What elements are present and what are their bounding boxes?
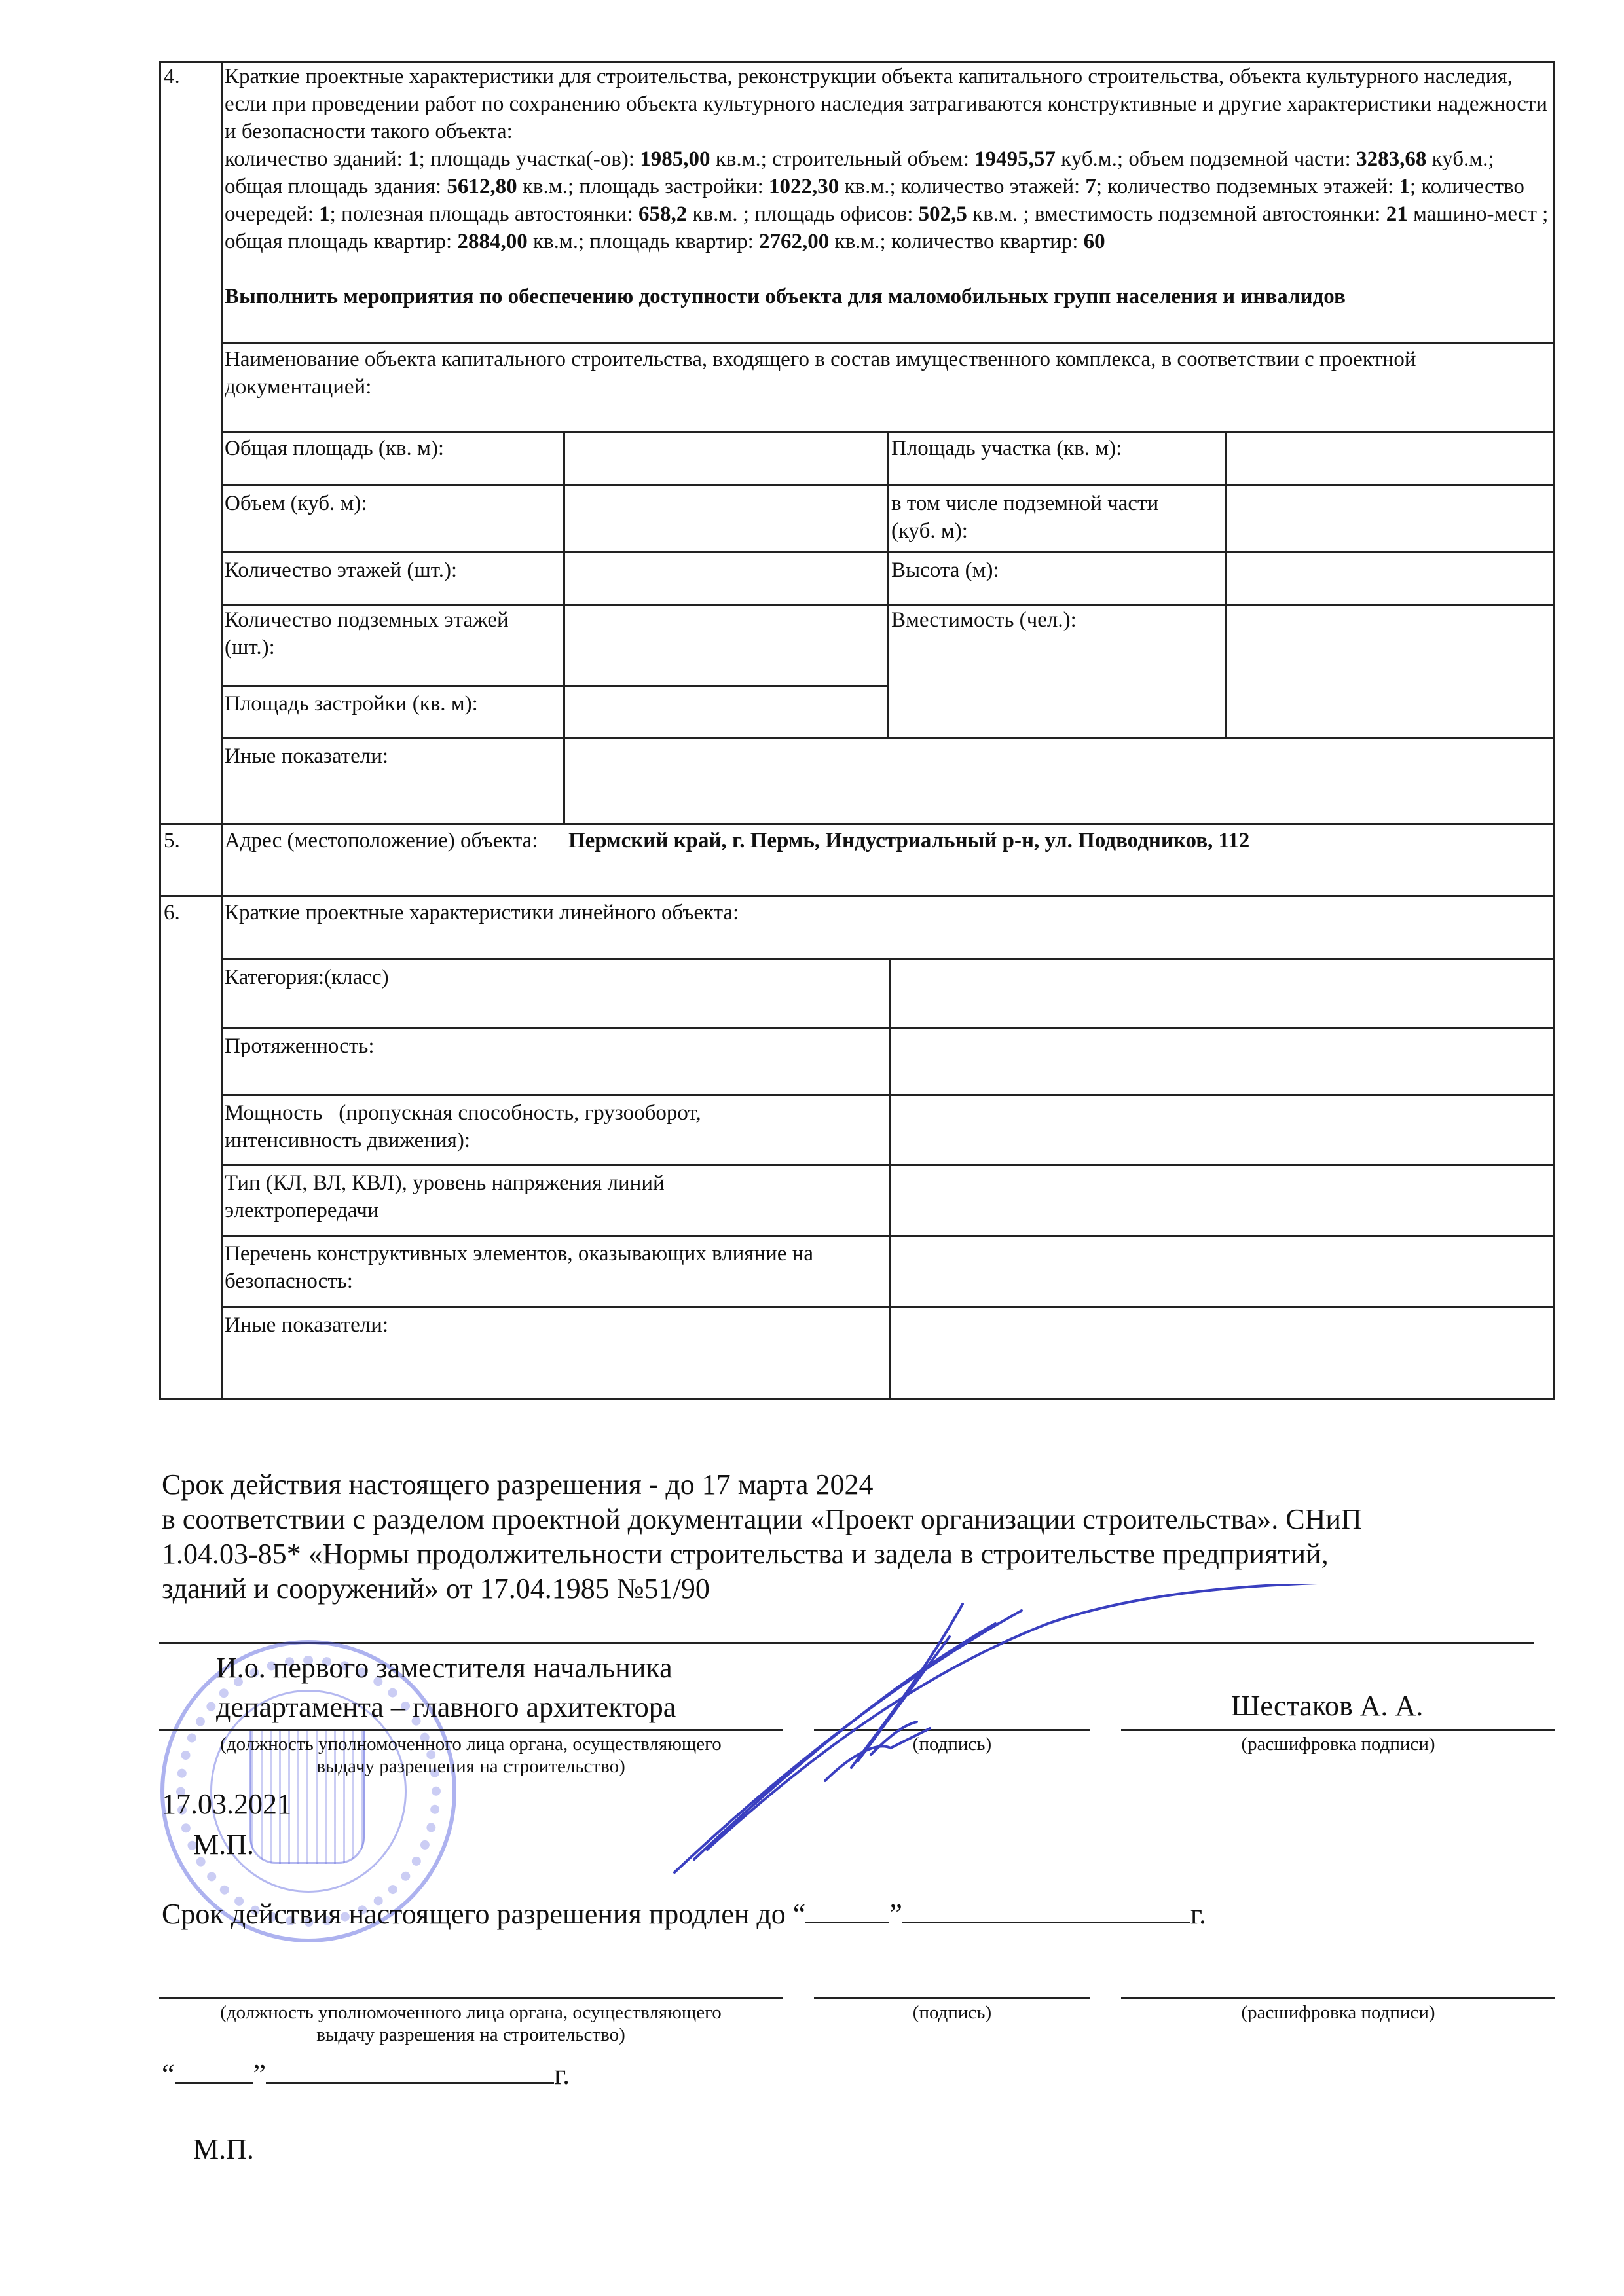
- characteristic-value: 1: [319, 202, 330, 226]
- extension-date-suffix: г.: [554, 2058, 570, 2090]
- divider: [563, 431, 565, 823]
- extension-date-day-field[interactable]: [175, 2056, 253, 2084]
- characteristic-unit: куб.м.;: [1426, 147, 1494, 171]
- divider: [221, 958, 1555, 960]
- total-area-label: Общая площадь (кв. м):: [225, 435, 444, 462]
- divider: [221, 1164, 1555, 1166]
- divider: [159, 823, 1555, 825]
- characteristic-unit: кв.м.;: [839, 175, 901, 198]
- characteristic-unit: кв.м.;: [528, 230, 590, 253]
- characteristic-value: 1985,00: [640, 147, 710, 171]
- table-border-left: [159, 61, 161, 1400]
- number-column-divider: [221, 61, 223, 1400]
- characteristic-value: 5612,80: [447, 175, 517, 198]
- characteristic-label: количество этажей:: [901, 175, 1086, 198]
- characteristic-label: полезная площадь автостоянки:: [341, 202, 638, 226]
- object-name-label: Наименование объекта капитального строит…: [225, 346, 1551, 401]
- seal-mark: М.П.: [193, 1827, 254, 1863]
- address-value: Пермский край, г. Пермь, Индустриальный …: [568, 827, 1249, 854]
- characteristic-label: площадь офисов:: [754, 202, 918, 226]
- characteristic-value: 2762,00: [759, 230, 829, 253]
- characteristic-value: 658,2: [638, 202, 687, 226]
- extension-date-month-field[interactable]: [266, 2056, 554, 2084]
- characteristic-value: 2884,00: [457, 230, 527, 253]
- extension-text: Срок действия настоящего разрешения прод…: [162, 1895, 1206, 1933]
- characteristic-label: общая площадь квартир:: [225, 230, 457, 253]
- characteristic-value: 3283,68: [1356, 147, 1426, 171]
- characteristic-value: 1: [408, 147, 419, 171]
- characteristic-label: вместимость подземной автостоянки:: [1035, 202, 1386, 226]
- official-position-line-2: департамента – главного архитектора: [216, 1689, 676, 1726]
- validity-line-4: зданий и сооружений» от 17.04.1985 №51/9…: [162, 1571, 710, 1607]
- characteristic-unit: ;: [419, 147, 430, 171]
- characteristic-value: 60: [1084, 230, 1105, 253]
- section-6-number: 6.: [164, 899, 180, 926]
- extension-date-line: “”г.: [162, 2056, 570, 2093]
- characteristic-unit: кв.м.;: [517, 175, 580, 198]
- other-indicators-label: Иные показатели:: [225, 742, 388, 770]
- characteristic-label: объем подземной части:: [1128, 147, 1356, 171]
- divider: [889, 958, 891, 1400]
- line-type-label: Тип (КЛ, ВЛ, КВЛ), уровень напряжения ли…: [225, 1169, 762, 1224]
- characteristic-unit: кв.м.;: [710, 147, 773, 171]
- characteristic-unit: кв.м. ;: [967, 202, 1035, 226]
- extension-seal-mark: М.П.: [193, 2131, 254, 2168]
- extension-month-field[interactable]: [902, 1895, 1190, 1923]
- height-label: Высота (м):: [891, 556, 999, 584]
- characteristic-unit: ;: [330, 202, 341, 226]
- divider: [159, 895, 1555, 897]
- extension-label: Срок действия настоящего разрешения прод…: [162, 1898, 805, 1930]
- official-position-line-1: И.о. первого заместителя начальника: [216, 1650, 673, 1686]
- capacity-label: Вместимость (чел.):: [891, 606, 1077, 634]
- extension-signature-underline: [814, 1997, 1090, 1999]
- extension-name-caption: (расшифровка подписи): [1121, 2001, 1555, 2024]
- characteristic-label: строительный объем:: [772, 147, 974, 171]
- table-border-right: [1553, 61, 1555, 1400]
- handwritten-signature-icon: [655, 1584, 1539, 1886]
- characteristic-value: 19495,57: [974, 147, 1056, 171]
- characteristic-unit: куб.м.;: [1056, 147, 1128, 171]
- divider: [221, 1306, 1555, 1308]
- length-label: Протяженность:: [225, 1032, 879, 1060]
- capacity-throughput-label: Мощность (пропускная способность, грузоо…: [225, 1099, 788, 1154]
- section-5-number: 5.: [164, 827, 180, 854]
- volume-label: Объем (куб. м):: [225, 490, 367, 517]
- divider: [1225, 431, 1227, 738]
- extension-year-suffix: г.: [1190, 1898, 1206, 1930]
- characteristic-label: количество квартир:: [891, 230, 1084, 253]
- characteristic-unit: ;: [1096, 175, 1107, 198]
- extension-position-caption-2: выдачу разрешения на строительство): [159, 2023, 783, 2047]
- divider: [221, 342, 1555, 344]
- accessibility-requirement: Выполнить мероприятия по обеспечению дос…: [225, 283, 1551, 310]
- linear-other-label: Иные показатели:: [225, 1311, 879, 1339]
- site-area-label: Площадь участка (кв. м):: [891, 435, 1122, 462]
- characteristic-label: количество зданий:: [225, 147, 408, 171]
- characteristic-unit: ;: [1410, 175, 1421, 198]
- building-area-label: Площадь застройки (кв. м):: [225, 690, 478, 718]
- validity-line-3: 1.04.03-85* «Нормы продолжительности стр…: [162, 1536, 1329, 1573]
- characteristic-label: общая площадь здания:: [225, 175, 447, 198]
- section-4-number: 4.: [164, 63, 180, 90]
- validity-line-2: в соответствии с разделом проектной доку…: [162, 1501, 1362, 1538]
- extension-position-underline: [159, 1997, 783, 1999]
- characteristic-unit: кв.м. ;: [687, 202, 754, 226]
- extension-day-field[interactable]: [805, 1895, 889, 1923]
- characteristic-unit: машино-мест ;: [1408, 202, 1549, 226]
- underground-floors-label: Количество подземных этажей (шт.):: [225, 606, 552, 661]
- table-border-bottom: [159, 1398, 1555, 1400]
- characteristic-label: площадь квартир:: [589, 230, 759, 253]
- floors-label: Количество этажей (шт.):: [225, 556, 457, 584]
- extension-date-close-quote: ”: [253, 2058, 267, 2090]
- characteristic-value: 1022,30: [769, 175, 839, 198]
- extension-name-underline: [1121, 1997, 1555, 1999]
- extension-quote-close: ”: [889, 1898, 902, 1930]
- characteristic-label: площадь участка(-ов):: [430, 147, 640, 171]
- characteristic-value: 502,5: [919, 202, 967, 226]
- address-label: Адрес (местоположение) объекта:: [225, 827, 552, 854]
- category-label: Категория:(класс): [225, 964, 879, 991]
- validity-line-1: Срок действия настоящего разрешения - до…: [162, 1467, 874, 1503]
- section-4-characteristics: количество зданий: 1; площадь участка(-о…: [225, 145, 1551, 255]
- issue-date: 17.03.2021: [162, 1786, 291, 1823]
- underground-volume-label: в том числе подземной части (куб. м):: [891, 490, 1199, 545]
- divider: [887, 431, 889, 738]
- characteristic-value: 1: [1399, 175, 1410, 198]
- divider: [221, 685, 889, 687]
- characteristic-value: 7: [1085, 175, 1096, 198]
- characteristic-unit: кв.м.;: [829, 230, 891, 253]
- extension-signature-caption: (подпись): [814, 2001, 1090, 2024]
- divider: [221, 1235, 1555, 1237]
- structural-elements-label: Перечень конструктивных элементов, оказы…: [225, 1240, 886, 1295]
- characteristic-label: площадь застройки:: [579, 175, 769, 198]
- section-4-title: Краткие проектные характеристики для стр…: [225, 63, 1551, 145]
- linear-object-title: Краткие проектные характеристики линейно…: [225, 899, 739, 926]
- extension-date-open-quote: “: [162, 2058, 175, 2090]
- divider: [221, 1027, 1555, 1029]
- divider: [221, 1094, 1555, 1096]
- characteristic-value: 21: [1386, 202, 1408, 226]
- characteristic-label: количество подземных этажей:: [1107, 175, 1399, 198]
- extension-position-caption-1: (должность уполномоченного лица органа, …: [159, 2001, 783, 2024]
